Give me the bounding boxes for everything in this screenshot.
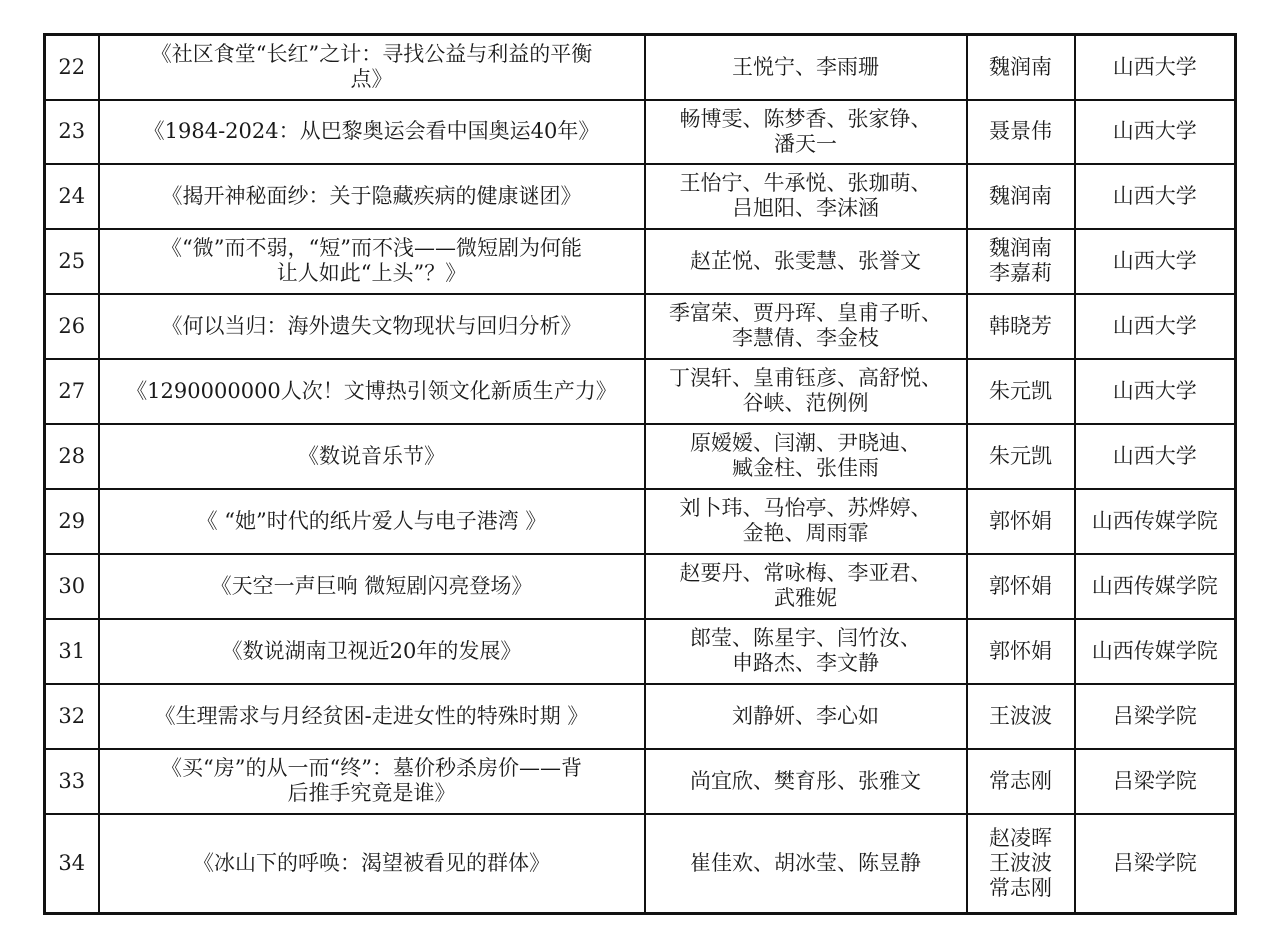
row-number: 26 (45, 294, 99, 359)
row-number: 24 (45, 164, 99, 229)
school: 山西大学 (1075, 229, 1236, 294)
work-title: 《数说湖南卫视近20年的发展》 (99, 619, 645, 684)
work-title: 《1290000000人次！文博热引领文化新质生产力》 (99, 359, 645, 424)
row-number: 29 (45, 489, 99, 554)
row-number: 33 (45, 749, 99, 814)
work-title: 《 “她”时代的纸片爱人与电子港湾 》 (99, 489, 645, 554)
advisor: 魏润南 (967, 164, 1075, 229)
table-row: 34 《冰山下的呼唤：渴望被看见的群体》 崔佳欢、胡冰莹、陈昱静 赵凌晖王波波常… (45, 814, 1236, 914)
work-title: 《冰山下的呼唤：渴望被看见的群体》 (99, 814, 645, 914)
team-members: 刘静妍、李心如 (645, 684, 967, 749)
school: 山西传媒学院 (1075, 619, 1236, 684)
table-row: 27 《1290000000人次！文博热引领文化新质生产力》 丁淏轩、皇甫钰彦、… (45, 359, 1236, 424)
row-number: 23 (45, 100, 99, 164)
table-row: 29 《 “她”时代的纸片爱人与电子港湾 》 刘卜玮、马怡亭、苏烨婷、金艳、周雨… (45, 489, 1236, 554)
advisor: 郭怀娟 (967, 489, 1075, 554)
table-row: 31 《数说湖南卫视近20年的发展》 郎莹、陈星宇、闫竹汝、申路杰、李文静 郭怀… (45, 619, 1236, 684)
work-title: 《社区食堂“长红”之计：寻找公益与利益的平衡点》 (99, 35, 645, 100)
table-row: 28 《数说音乐节》 原嫒嫒、闫潮、尹晓迪、臧金柱、张佳雨 朱元凯 山西大学 (45, 424, 1236, 489)
team-members: 丁淏轩、皇甫钰彦、高舒悦、谷峡、范例例 (645, 359, 967, 424)
team-members: 王怡宁、牛承悦、张珈萌、吕旭阳、李沫涵 (645, 164, 967, 229)
advisor: 魏润南 (967, 35, 1075, 100)
school: 山西大学 (1075, 294, 1236, 359)
advisor: 聂景伟 (967, 100, 1075, 164)
advisor: 赵凌晖王波波常志刚 (967, 814, 1075, 914)
work-title: 《生理需求与月经贫困-走进女性的特殊时期 》 (99, 684, 645, 749)
school: 山西大学 (1075, 164, 1236, 229)
row-number: 31 (45, 619, 99, 684)
work-title: 《何以当归：海外遗失文物现状与回归分析》 (99, 294, 645, 359)
table-row: 22 《社区食堂“长红”之计：寻找公益与利益的平衡点》 王悦宁、李雨珊 魏润南 … (45, 35, 1236, 100)
advisor: 郭怀娟 (967, 554, 1075, 619)
advisor: 韩晓芳 (967, 294, 1075, 359)
row-number: 34 (45, 814, 99, 914)
work-title: 《1984-2024：从巴黎奥运会看中国奥运40年》 (99, 100, 645, 164)
school: 山西传媒学院 (1075, 489, 1236, 554)
school: 山西传媒学院 (1075, 554, 1236, 619)
team-members: 尚宜欣、樊育彤、张雅文 (645, 749, 967, 814)
advisor: 朱元凯 (967, 359, 1075, 424)
team-members: 郎莹、陈星宇、闫竹汝、申路杰、李文静 (645, 619, 967, 684)
advisor: 郭怀娟 (967, 619, 1075, 684)
row-number: 32 (45, 684, 99, 749)
row-number: 30 (45, 554, 99, 619)
team-members: 赵芷悦、张雯慧、张誉文 (645, 229, 967, 294)
team-members: 刘卜玮、马怡亭、苏烨婷、金艳、周雨霏 (645, 489, 967, 554)
table-row: 24 《揭开神秘面纱：关于隐藏疾病的健康谜团》 王怡宁、牛承悦、张珈萌、吕旭阳、… (45, 164, 1236, 229)
school: 山西大学 (1075, 359, 1236, 424)
table-row: 32 《生理需求与月经贫困-走进女性的特殊时期 》 刘静妍、李心如 王波波 吕梁… (45, 684, 1236, 749)
table-row: 30 《天空一声巨响 微短剧闪亮登场》 赵要丹、常咏梅、李亚君、武雅妮 郭怀娟 … (45, 554, 1236, 619)
work-title: 《天空一声巨响 微短剧闪亮登场》 (99, 554, 645, 619)
advisor: 魏润南李嘉莉 (967, 229, 1075, 294)
row-number: 28 (45, 424, 99, 489)
school: 山西大学 (1075, 35, 1236, 100)
table-row: 25 《“微”而不弱，“短”而不浅——微短剧为何能让人如此“上头”？》 赵芷悦、… (45, 229, 1236, 294)
row-number: 27 (45, 359, 99, 424)
work-title: 《买“房”的从一而“终”：墓价秒杀房价——背后推手究竟是谁》 (99, 749, 645, 814)
table-row: 33 《买“房”的从一而“终”：墓价秒杀房价——背后推手究竟是谁》 尚宜欣、樊育… (45, 749, 1236, 814)
school: 山西大学 (1075, 100, 1236, 164)
row-number: 25 (45, 229, 99, 294)
team-members: 赵要丹、常咏梅、李亚君、武雅妮 (645, 554, 967, 619)
team-members: 崔佳欢、胡冰莹、陈昱静 (645, 814, 967, 914)
team-members: 王悦宁、李雨珊 (645, 35, 967, 100)
school: 吕梁学院 (1075, 814, 1236, 914)
table-row: 26 《何以当归：海外遗失文物现状与回归分析》 季富荣、贾丹珲、皇甫子昕、李慧倩… (45, 294, 1236, 359)
school: 吕梁学院 (1075, 749, 1236, 814)
advisor: 王波波 (967, 684, 1075, 749)
school: 山西大学 (1075, 424, 1236, 489)
advisor: 常志刚 (967, 749, 1075, 814)
table-row: 23 《1984-2024：从巴黎奥运会看中国奥运40年》 畅博雯、陈梦香、张家… (45, 100, 1236, 164)
team-members: 季富荣、贾丹珲、皇甫子昕、李慧倩、李金枝 (645, 294, 967, 359)
team-members: 畅博雯、陈梦香、张家铮、潘天一 (645, 100, 967, 164)
work-title: 《数说音乐节》 (99, 424, 645, 489)
work-title: 《“微”而不弱，“短”而不浅——微短剧为何能让人如此“上头”？》 (99, 229, 645, 294)
row-number: 22 (45, 35, 99, 100)
team-members: 原嫒嫒、闫潮、尹晓迪、臧金柱、张佳雨 (645, 424, 967, 489)
school: 吕梁学院 (1075, 684, 1236, 749)
work-title: 《揭开神秘面纱：关于隐藏疾病的健康谜团》 (99, 164, 645, 229)
advisor: 朱元凯 (967, 424, 1075, 489)
award-list-table: 22 《社区食堂“长红”之计：寻找公益与利益的平衡点》 王悦宁、李雨珊 魏润南 … (43, 33, 1237, 915)
award-list-table-container: 22 《社区食堂“长红”之计：寻找公益与利益的平衡点》 王悦宁、李雨珊 魏润南 … (43, 33, 1237, 915)
